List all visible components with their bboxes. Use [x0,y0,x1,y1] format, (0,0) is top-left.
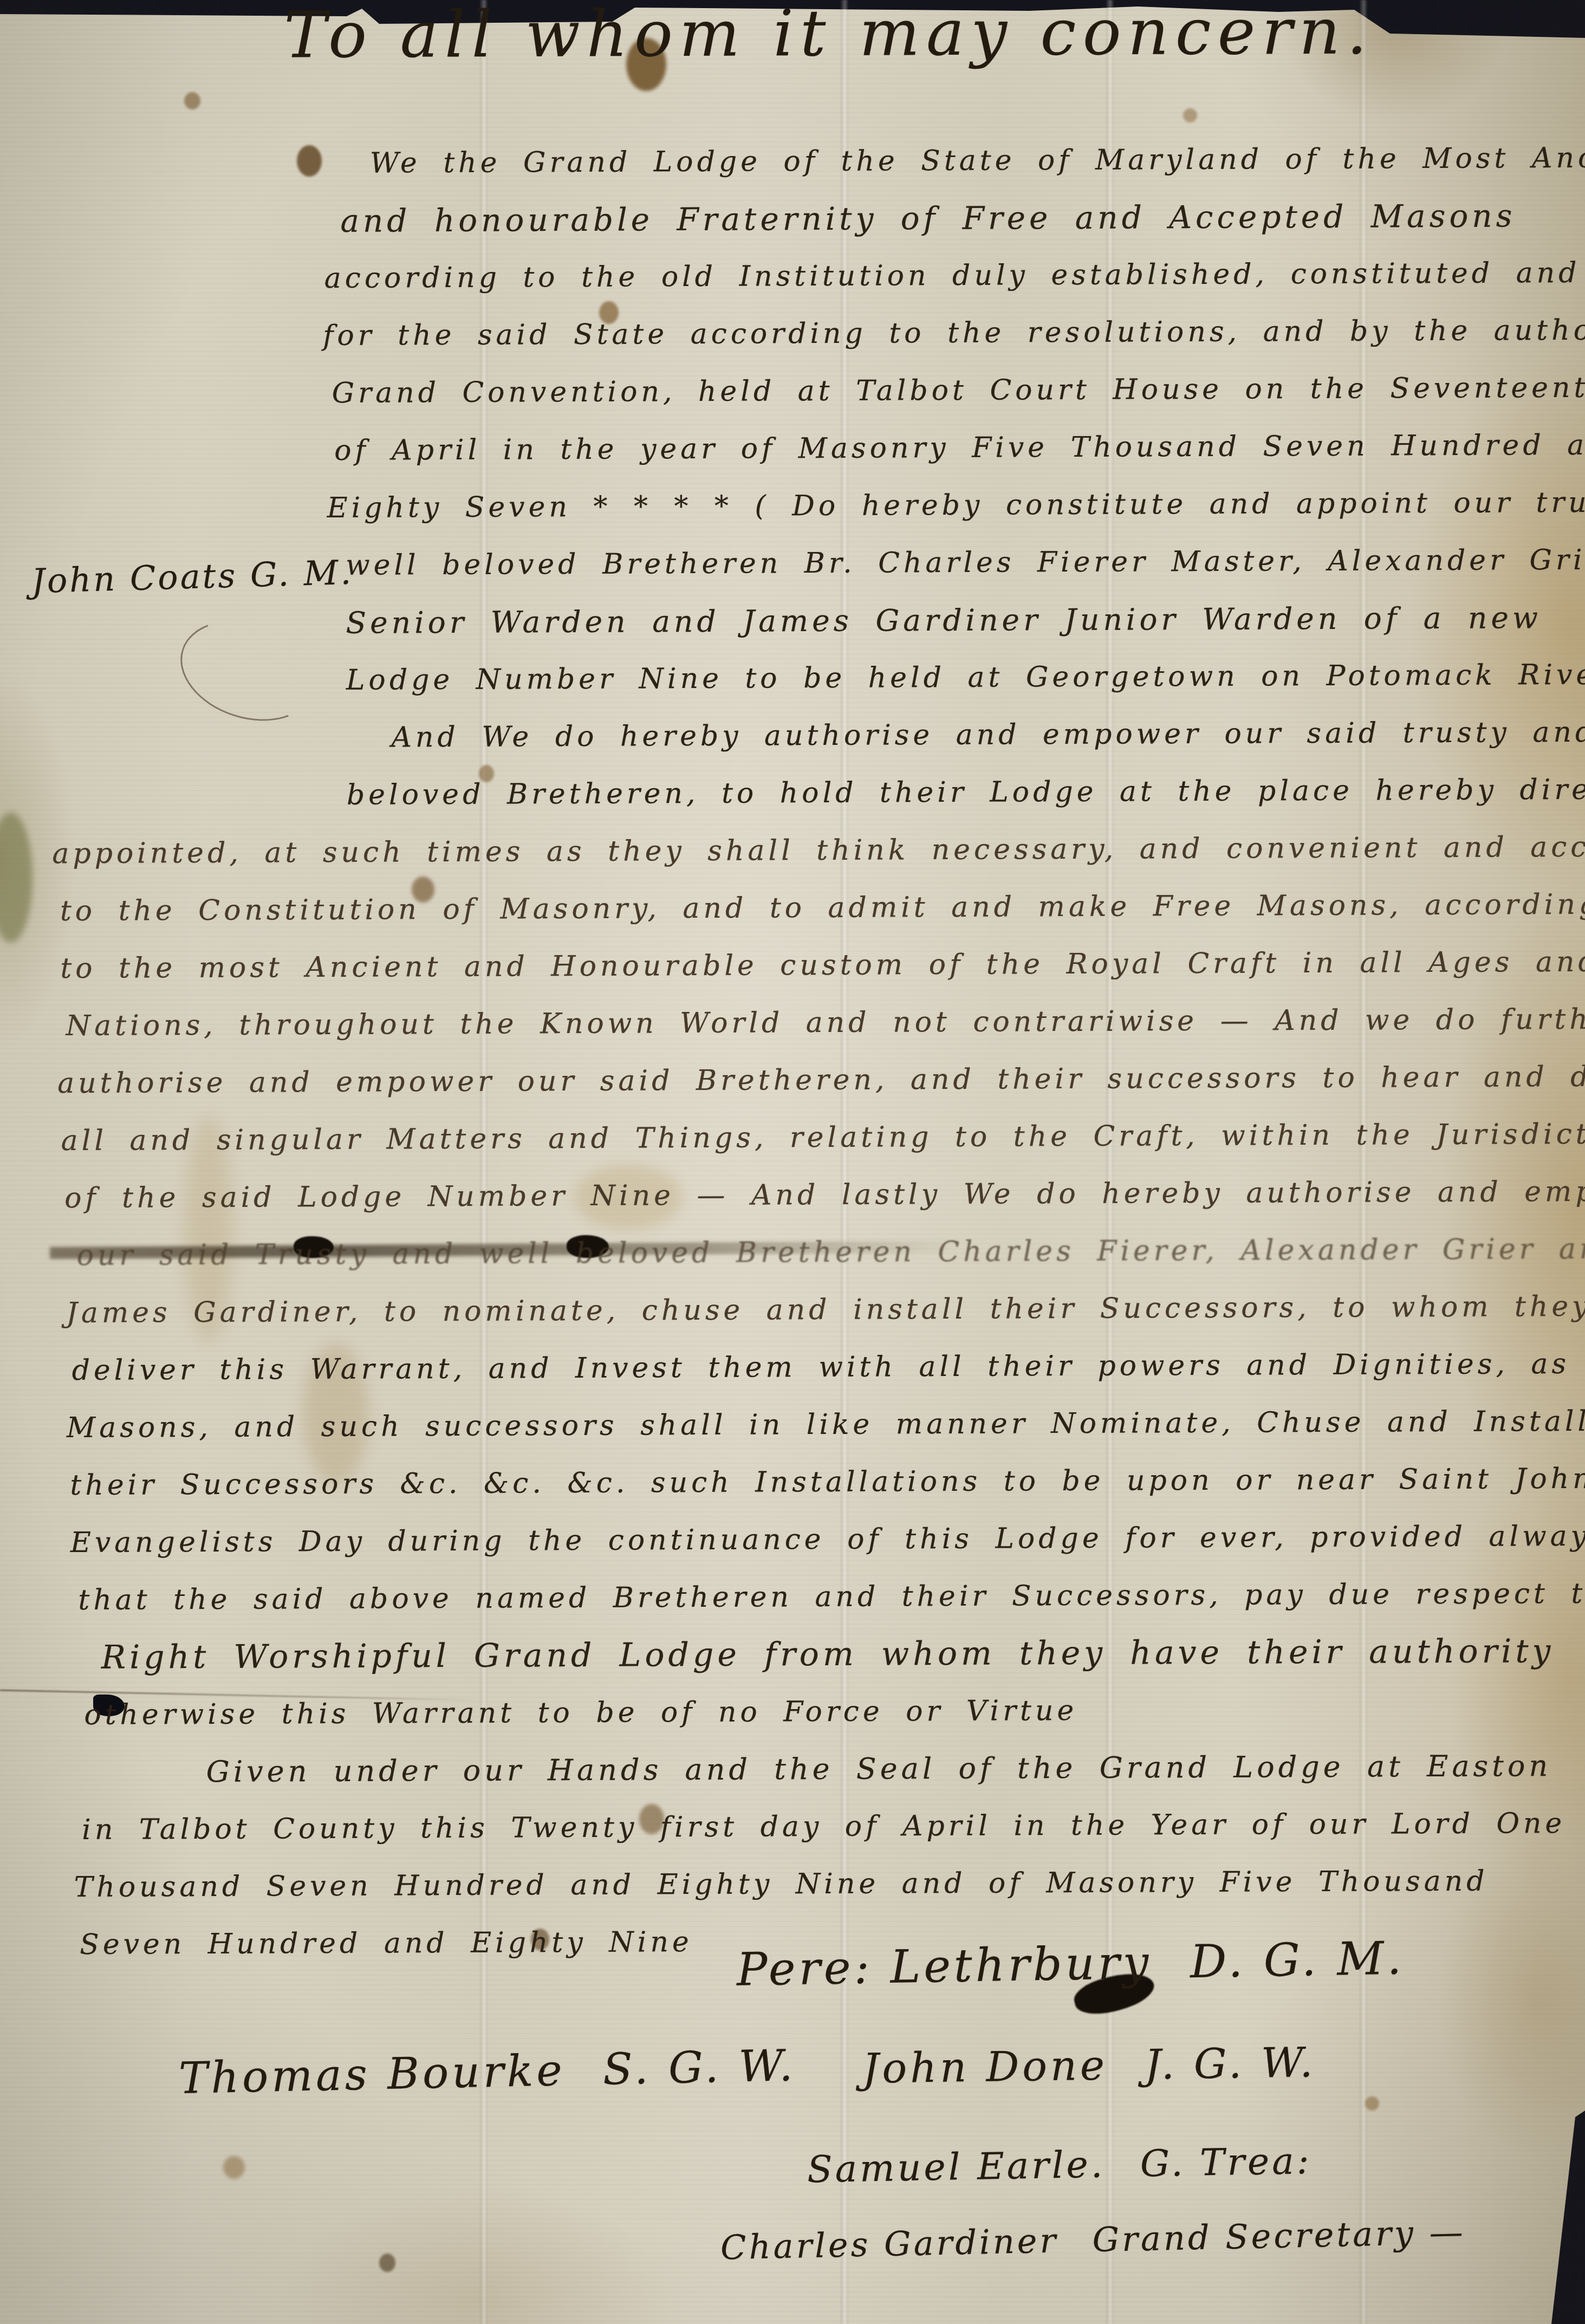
manuscript-line: authorise and empower our said Bretheren… [49,1048,1585,1112]
manuscript-line: Senior Warden and James Gardiner Junior … [47,589,1583,653]
manuscript-line: all and singular Matters and Things, rel… [49,1106,1585,1170]
document-title: To all whom it may concern. [255,0,1404,90]
signature-office: G. Trea: [1140,2140,1312,2186]
manuscript-line: Right Worshipful Grand Lodge from whom t… [51,1622,1585,1686]
signature-john-done: John Done J. G. W. [862,2038,1316,2093]
manuscript-line: for the said State according to the reso… [46,302,1582,366]
manuscript-line: And We do hereby authorise and empower o… [47,704,1583,768]
manuscript-line: and honourable Fraternity of Free and Ac… [45,187,1581,251]
manuscript-line: beloved Bretheren, to hold their Lodge a… [48,761,1584,825]
signature-office: D. G. M. [1190,1931,1405,1988]
signature-office: Grand Secretary — [1092,2212,1466,2260]
manuscript-line: otherwise this Warrant to be of no Force… [51,1680,1585,1744]
manuscript-line: according to the old Institution duly es… [46,244,1582,308]
manuscript-line: James Gardiner, to nominate, chuse and i… [50,1278,1585,1342]
manuscript-line: deliver this Warrant, and Invest them wi… [50,1335,1585,1399]
manuscript-line: well beloved Bretheren Br. Charles Fiere… [47,531,1583,595]
signature-samuel-earle: Samuel Earle. G. Trea: [807,2140,1312,2191]
manuscript-line: to the most Ancient and Honourable custo… [48,933,1584,997]
manuscript-line: Masons, and such successors shall in lik… [50,1393,1585,1457]
manuscript-line: Thousand Seven Hundred and Eighty Nine a… [52,1852,1585,1916]
manuscript-line: of April in the year of Masonry Five Tho… [46,417,1582,481]
signature-office: S. G. W. [602,2040,796,2094]
manuscript-line: our said Trusty and well beloved Brether… [49,1221,1585,1284]
signature-name: Thomas Bourke [178,2045,566,2104]
photo-backdrop: To all whom it may concern. John Coats G… [0,0,1585,2324]
manuscript-line: appointed, at such times as they shall t… [48,819,1584,882]
manuscript-line: Nations, throughout the Known World and … [49,991,1585,1055]
manuscript-line: We the Grand Lodge of the State of Maryl… [45,129,1581,193]
signature-office: J. G. W. [1144,2038,1316,2088]
signature-name: Samuel Earle. [807,2144,1106,2192]
manuscript-line: in Talbot County this Twenty first day o… [52,1795,1585,1859]
manuscript-line: that the said above named Bretheren and … [51,1565,1585,1629]
manuscript-line: to the Constitution of Masonry, and to a… [48,876,1584,940]
manuscript-line: Lodge Number Nine to be held at Georgeto… [47,646,1583,710]
manuscript-line: Eighty Seven * * * * ( Do hereby constit… [46,474,1582,538]
signature-name: Charles Gardiner [720,2221,1058,2267]
manuscript-line: Given under our Hands and the Seal of th… [52,1737,1585,1801]
manuscript-line: their Successors &c. &c. &c. such Instal… [50,1450,1585,1514]
signature-name: Pere: Lethrbury [736,1936,1152,1996]
manuscript-line: Grand Convention, held at Talbot Court H… [46,359,1582,423]
manuscript-line: Evangelists Day during the continuance o… [51,1508,1585,1572]
document-body: We the Grand Lodge of the State of Maryl… [45,129,1585,1974]
signature-name: John Done [862,2041,1108,2093]
manuscript-line: of the said Lodge Number Nine — And last… [49,1163,1585,1227]
